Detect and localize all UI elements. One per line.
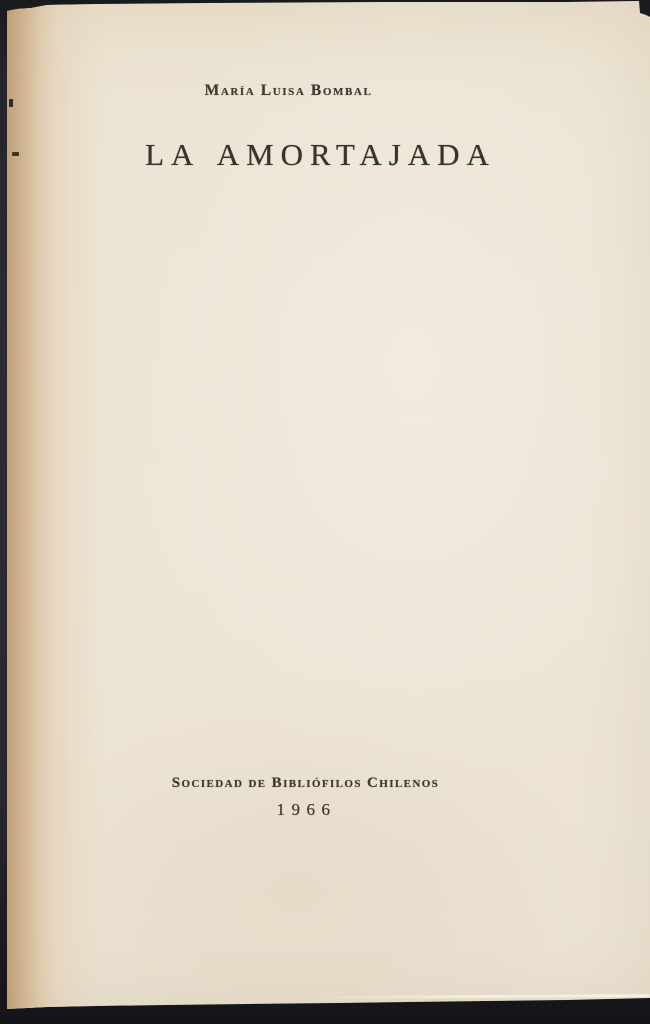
title-page: María Luisa Bombal LA AMORTAJADA Socieda… [7, 0, 650, 1012]
page-edge-mark [12, 152, 19, 156]
page-edge-speck [9, 99, 13, 107]
author-name: María Luisa Bombal [0, 83, 610, 99]
page-bottom-edge-highlight [307, 994, 650, 999]
book-photo: María Luisa Bombal LA AMORTAJADA Socieda… [0, 0, 650, 1024]
book-title: LA AMORTAJADA [0, 139, 642, 170]
publisher-name: Sociedad de Bibliófilos Chilenos [0, 776, 627, 791]
publication-year: 1966 [0, 801, 628, 818]
